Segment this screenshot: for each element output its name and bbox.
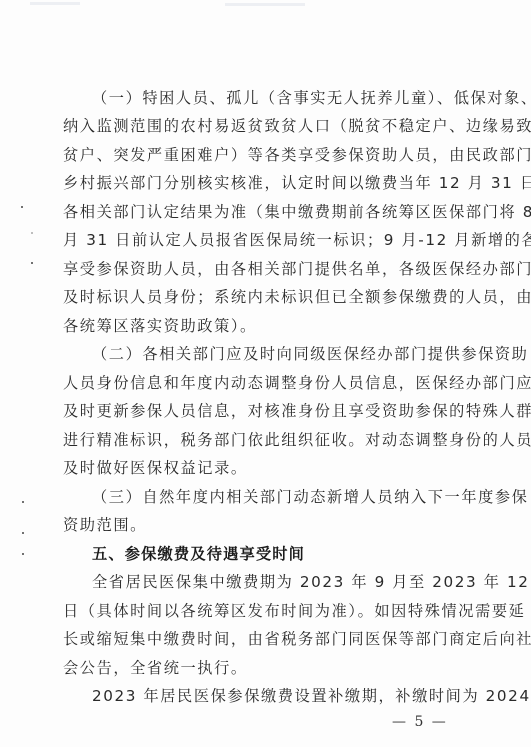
scan-speck bbox=[21, 206, 23, 208]
text-line: 纳入监测范围的农村易返贫致贫人口（脱贫不稳定户、边缘易致 bbox=[63, 116, 467, 136]
text-line: 各相关部门认定结果为准（集中缴费期前各统筹区医保部门将 8 bbox=[63, 202, 467, 222]
text-line: 会公告，全省统一执行。 bbox=[63, 658, 467, 678]
text-line: 人员身份信息和年度内动态调整身份人员信息，医保经办部门应 bbox=[63, 373, 467, 393]
text-line: 长或缩短集中缴费时间，由省税务部门同医保等部门商定后向社 bbox=[63, 629, 467, 649]
text-line: 享受参保资助人员，由各相关部门提供名单，各级医保经办部门 bbox=[63, 259, 467, 279]
scan-artifact bbox=[225, 3, 305, 6]
page-number: — 5 — bbox=[392, 714, 448, 730]
section-heading: 五、参保缴费及待遇享受时间 bbox=[92, 544, 467, 564]
text-line: 进行精准标识，税务部门依此组织征收。对动态调整身份的人员 bbox=[63, 430, 467, 450]
text-line: 2023 年居民医保参保缴费设置补缴期，补缴时间为 2024 年 bbox=[92, 686, 467, 706]
text-line: （二）各相关部门应及时向同级医保经办部门提供参保资助 bbox=[92, 344, 467, 364]
scan-speck bbox=[31, 232, 33, 234]
text-line: 乡村振兴部门分别核实核准，认定时间以缴费当年 12 月 31 日前 bbox=[63, 173, 467, 193]
text-line: 日（具体时间以各统筹区发布时间为准）。如因特殊情况需要延 bbox=[63, 601, 467, 621]
text-line: 全省居民医保集中缴费期为 2023 年 9 月至 2023 年 12 月 20 bbox=[92, 572, 467, 592]
text-line: 贫户、突发严重困难户）等各类享受参保资助人员，由民政部门、 bbox=[63, 145, 467, 165]
text-line: （三）自然年度内相关部门动态新增人员纳入下一年度参保 bbox=[92, 487, 467, 507]
document-page: （一）特困人员、孤儿（含事实无人抚养儿童）、低保对象、 纳入监测范围的农村易返贫… bbox=[0, 0, 531, 747]
scan-speck bbox=[22, 553, 24, 555]
text-line: 月 31 日前认定人员报省医保局统一标识；9 月-12 月新增的各类 bbox=[63, 230, 467, 250]
scan-speck bbox=[22, 532, 24, 534]
scan-artifact bbox=[30, 2, 80, 5]
text-line: 及时更新参保人员信息，对核准身份且享受资助参保的特殊人群 bbox=[63, 401, 467, 421]
text-line: 各统筹区落实资助政策）。 bbox=[63, 316, 467, 336]
text-line: 及时标识人员身份；系统内未标识但已全额参保缴费的人员，由 bbox=[63, 287, 467, 307]
scan-speck bbox=[31, 262, 33, 264]
text-line: 资助范围。 bbox=[63, 515, 467, 535]
scan-speck bbox=[22, 501, 24, 503]
text-line: （一）特困人员、孤儿（含事实无人抚养儿童）、低保对象、 bbox=[92, 88, 467, 108]
text-line: 及时做好医保权益记录。 bbox=[63, 458, 467, 478]
